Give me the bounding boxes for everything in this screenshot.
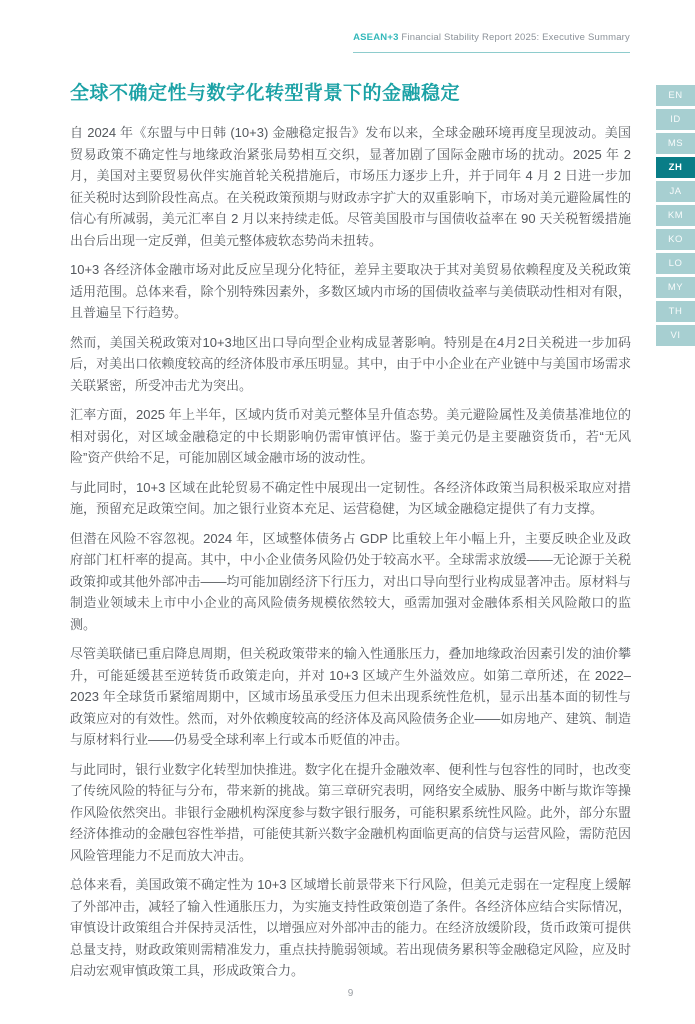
language-tab-en[interactable]: EN — [656, 85, 695, 106]
language-tab-id[interactable]: ID — [656, 109, 695, 130]
page-number: 9 — [70, 988, 631, 999]
main-content: 全球不确定性与数字化转型背景下的金融稳定 自 2024 年《东盟与中日韩 (10… — [70, 78, 631, 990]
language-tab-zh[interactable]: ZH — [656, 157, 695, 178]
language-tab-th[interactable]: TH — [656, 301, 695, 322]
language-tab-ja[interactable]: JA — [656, 181, 695, 202]
body-paragraph: 与此同时，10+3 区域在此轮贸易不确定性中展现出一定韧性。各经济体政策当局积极… — [70, 477, 631, 520]
language-tab-ko[interactable]: KO — [656, 229, 695, 250]
report-brand: ASEAN+3 — [353, 32, 399, 43]
language-tab-km[interactable]: KM — [656, 205, 695, 226]
document-page: ASEAN+3 Financial Stability Report 2025:… — [0, 0, 695, 1024]
language-tab-rail: EN ID MS ZH JA KM KO LO MY TH VI — [656, 85, 695, 346]
body-paragraph: 10+3 各经济体金融市场对此反应呈现分化特征，差异主要取决于其对美贸易依赖程度… — [70, 259, 631, 324]
report-header-text: ASEAN+3 Financial Stability Report 2025:… — [353, 32, 630, 53]
page-title: 全球不确定性与数字化转型背景下的金融稳定 — [70, 78, 631, 105]
report-header: ASEAN+3 Financial Stability Report 2025:… — [353, 27, 630, 53]
body-paragraph: 与此同时，银行业数字化转型加快推进。数字化在提升金融效率、便利性与包容性的同时，… — [70, 759, 631, 867]
language-tab-ms[interactable]: MS — [656, 133, 695, 154]
body-paragraph: 然而，美国关税政策对10+3地区出口导向型企业构成显著影响。特别是在4月2日关税… — [70, 332, 631, 397]
body-paragraph: 总体来看，美国政策不确定性为 10+3 区域增长前景带来下行风险，但美元走弱在一… — [70, 874, 631, 982]
language-tab-vi[interactable]: VI — [656, 325, 695, 346]
language-tab-lo[interactable]: LO — [656, 253, 695, 274]
report-title-rest: Financial Stability Report 2025: Executi… — [399, 32, 630, 43]
body-paragraph: 自 2024 年《东盟与中日韩 (10+3) 金融稳定报告》发布以来，全球金融环… — [70, 122, 631, 251]
body-paragraph: 但潜在风险不容忽视。2024 年，区域整体债务占 GDP 比重较上年小幅上升，主… — [70, 528, 631, 636]
body-paragraph: 汇率方面，2025 年上半年，区域内货币对美元整体呈升值态势。美元避险属性及美债… — [70, 404, 631, 469]
body-paragraph: 尽管美联储已重启降息周期，但关税政策带来的输入性通胀压力，叠加地缘政治因素引发的… — [70, 643, 631, 751]
language-tab-my[interactable]: MY — [656, 277, 695, 298]
